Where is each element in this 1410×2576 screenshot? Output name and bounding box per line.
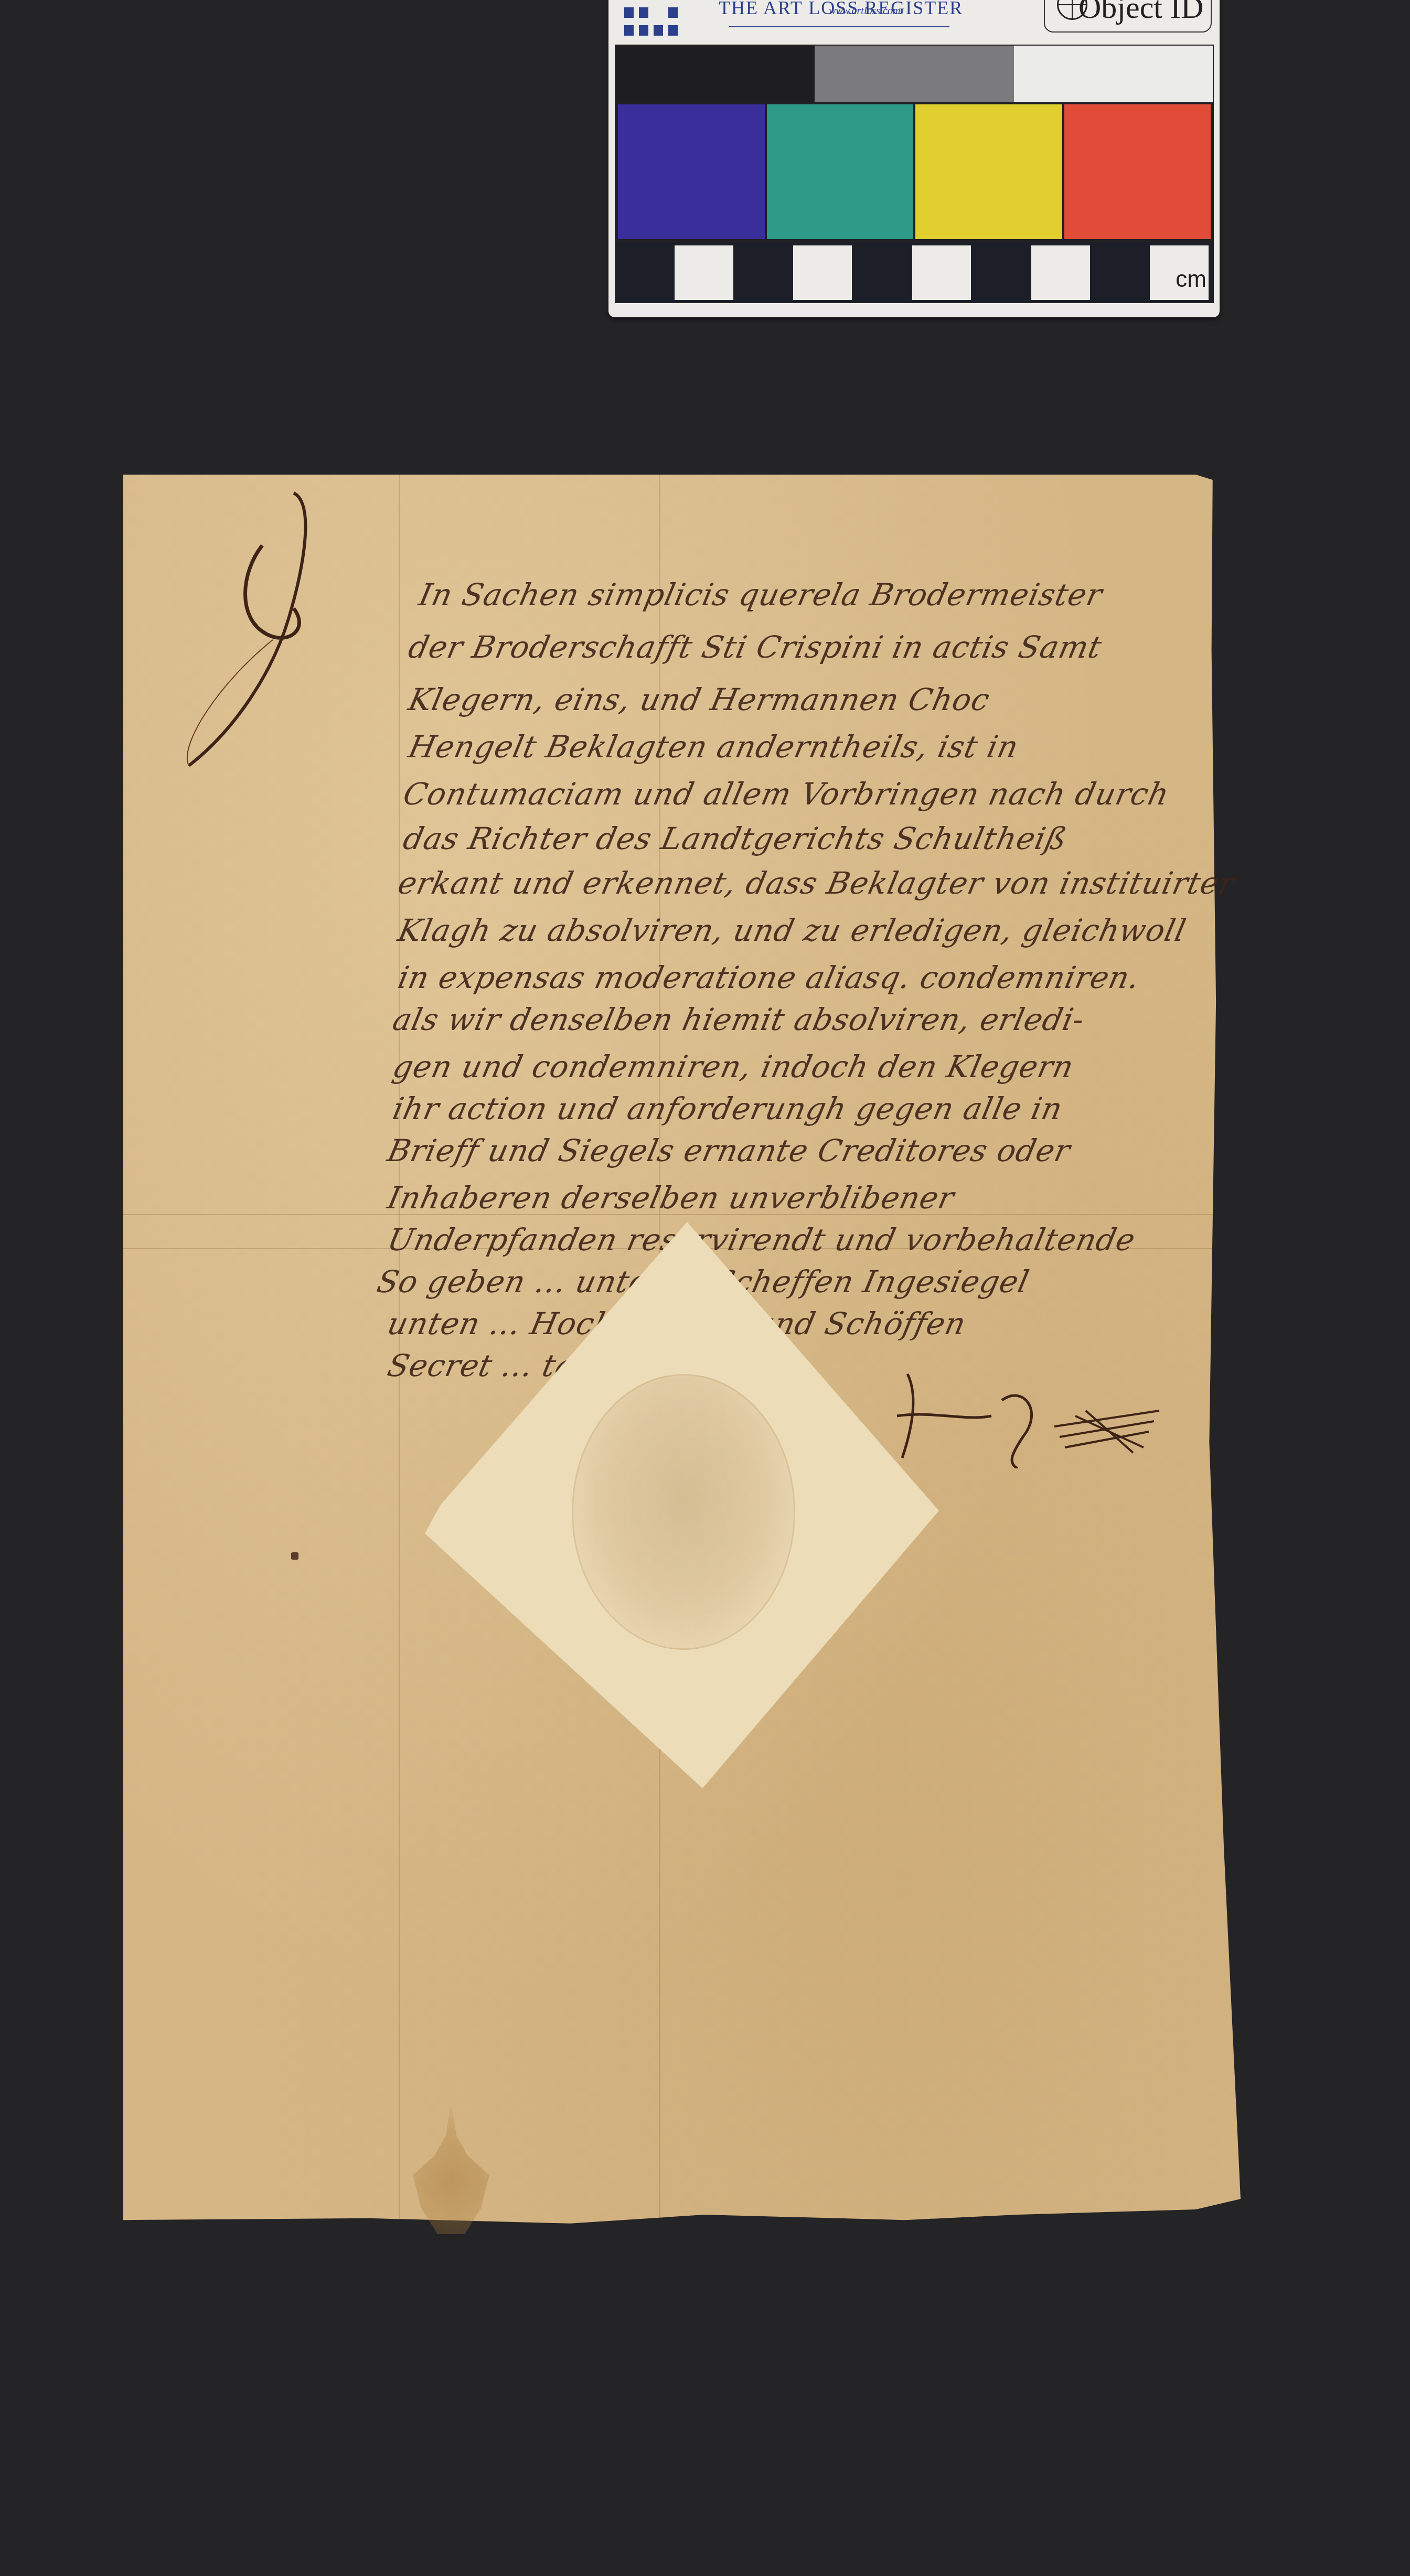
ink-spot — [291, 1552, 298, 1560]
manuscript-line: das Richter des Landtgerichts Schultheiß — [400, 821, 1071, 856]
signature-scrawl-icon — [886, 1364, 1180, 1468]
ruler-unit-label: cm — [1176, 266, 1206, 293]
gray-patch-white — [1014, 46, 1213, 105]
manuscript-line: gen und condemniren, indoch den Klegern — [390, 1049, 1077, 1085]
color-patch-blue — [618, 104, 765, 239]
gray-patch-black — [616, 46, 815, 105]
ruler-white-segment — [793, 245, 852, 300]
gray-scale-row — [615, 45, 1214, 106]
manuscript-line: der Broderschafft Sti Crispini in actis … — [405, 629, 1105, 665]
color-patch-yellow — [915, 104, 1062, 239]
manuscript-line: Inhaberen derselben unverblibener — [384, 1180, 958, 1216]
gray-patch-gray — [815, 46, 1013, 105]
color-patch-teal — [767, 104, 914, 239]
manuscript-line: ihr action und anforderungh gegen alle i… — [390, 1091, 1066, 1126]
ruler-white-segment — [912, 245, 971, 300]
manuscript-line: Brieff und Siegels ernante Creditores od… — [384, 1133, 1074, 1168]
manuscript-line: Contumaciam und allem Vorbringen nach du… — [400, 776, 1173, 812]
ruler-white-segment — [675, 245, 733, 300]
color-patch-row — [615, 102, 1214, 241]
manuscript-line: Klegern, eins, und Hermannen Choc — [405, 682, 993, 717]
wax-seal-impression — [572, 1374, 795, 1650]
object-id-label: Object ID — [1078, 0, 1203, 25]
color-patch-red — [1064, 104, 1211, 239]
card-rule-line — [729, 26, 949, 27]
initial-flourish-icon — [157, 482, 409, 776]
color-calibration-card: THE ART LOSS REGISTER www.artloss.com Ob… — [608, 0, 1220, 317]
cm-ruler: cm — [615, 241, 1214, 303]
ruler-white-segment — [1031, 245, 1090, 300]
card-url: www.artloss.com — [829, 5, 900, 17]
manuscript-line: Klagh zu absolviren, und zu erledigen, g… — [395, 913, 1190, 948]
alr-logo-icon — [619, 0, 687, 37]
manuscript-line: als wir denselben hiemit absolviren, erl… — [390, 1002, 1088, 1037]
manuscript-line: In Sachen simplicis querela Brodermeiste… — [416, 577, 1106, 613]
manuscript-line: in expensas moderatione aliasq. condemni… — [395, 960, 1144, 995]
manuscript-line: Hengelt Beklagten anderntheils, ist in — [405, 729, 1022, 765]
manuscript-line: erkant und erkennet, dass Beklagter von … — [395, 865, 1238, 901]
manuscript-line: Underpfanden reservirendt und vorbehalte… — [384, 1222, 1139, 1258]
